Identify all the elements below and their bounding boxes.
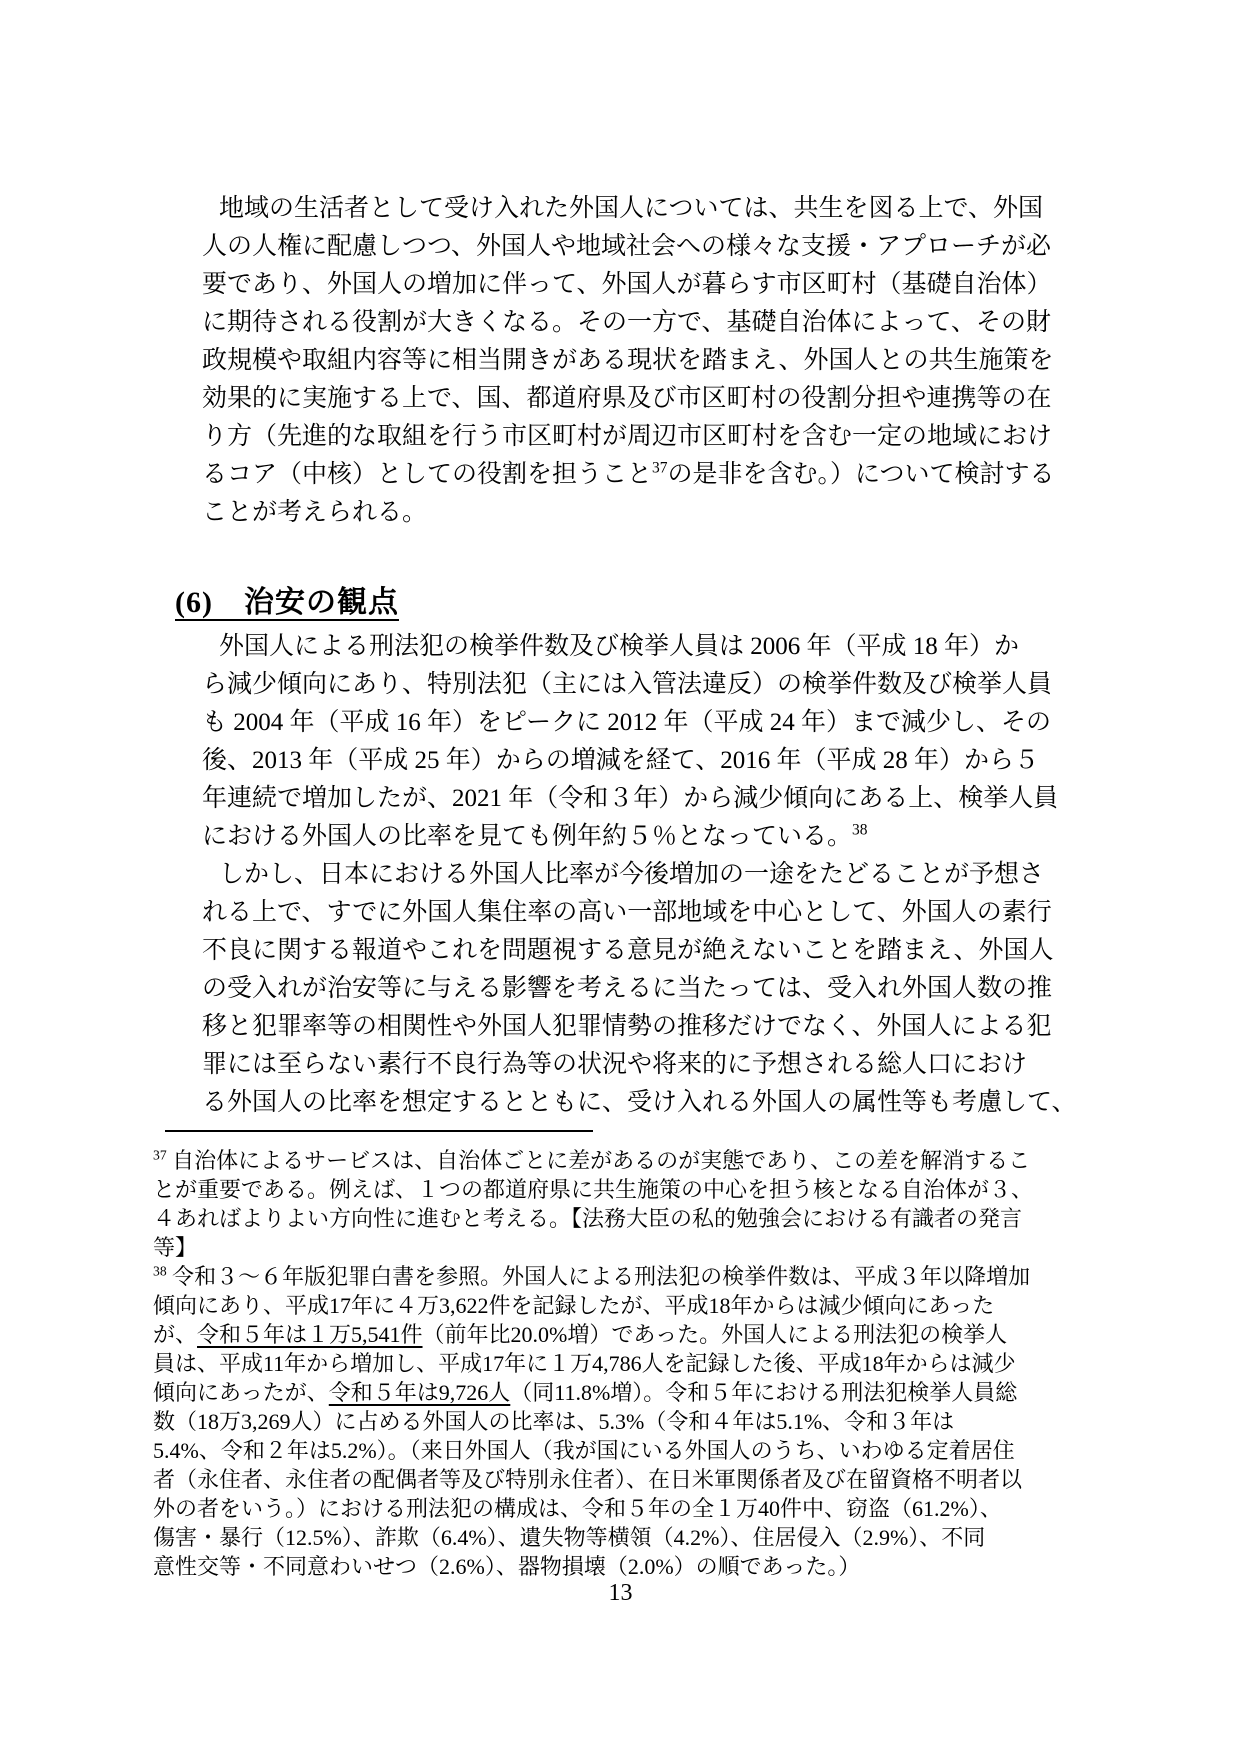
text-segment: （同11.8%増）。令和５年における刑法犯検挙人員総 数（18万3,269人）に… bbox=[153, 1380, 1022, 1579]
footnote-38: 38 令和３～６年版犯罪白書を参照。外国人による刑法犯の検挙件数は、平成３年以降… bbox=[153, 1262, 1030, 1581]
document-page: 地域の生活者として受け入れた外国人については、共生を図る上で、外国 人の人権に配… bbox=[0, 0, 1241, 1754]
text-segment: 地域の生活者として受け入れた外国人については、共生を図る上で、外国 人の人権に配… bbox=[202, 195, 1054, 488]
footnote-reference-marker: 38 bbox=[852, 822, 868, 839]
footnote-37: 37 自治体によるサービスは、自治体ごとに差があるのが実態であり、この差を解消す… bbox=[153, 1146, 1033, 1262]
text-segment: 外国人による刑法犯の検挙件数及び検挙人員は 2006 年（平成 18 年）か ら… bbox=[202, 633, 1058, 850]
footnote-reference-marker: 38 bbox=[153, 1264, 167, 1279]
text-segment: しかし、日本における外国人比率が今後増加の一途をたどることが予想さ れる上で、す… bbox=[202, 861, 1077, 1116]
section-6-crime-stats-paragraph: 外国人による刑法犯の検挙件数及び検挙人員は 2006 年（平成 18 年）か ら… bbox=[202, 628, 1058, 856]
section-6-outlook-paragraph: しかし、日本における外国人比率が今後増加の一途をたどることが予想さ れる上で、す… bbox=[202, 856, 1077, 1122]
page-number: 13 bbox=[0, 1578, 1241, 1608]
underlined-text: 令和５年は１万5,541件 bbox=[197, 1322, 423, 1347]
section-6-heading: (6) 治安の観点 bbox=[175, 583, 399, 623]
underlined-text: 令和５年は9,726人 bbox=[329, 1380, 511, 1405]
footnote-separator bbox=[165, 1130, 593, 1132]
footnote-reference-marker: 37 bbox=[652, 460, 668, 477]
intro-paragraph: 地域の生活者として受け入れた外国人については、共生を図る上で、外国 人の人権に配… bbox=[202, 190, 1055, 532]
footnote-reference-marker: 37 bbox=[153, 1148, 167, 1163]
text-segment: 自治体によるサービスは、自治体ごとに差があるのが実態であり、この差を解消するこ … bbox=[153, 1148, 1033, 1260]
